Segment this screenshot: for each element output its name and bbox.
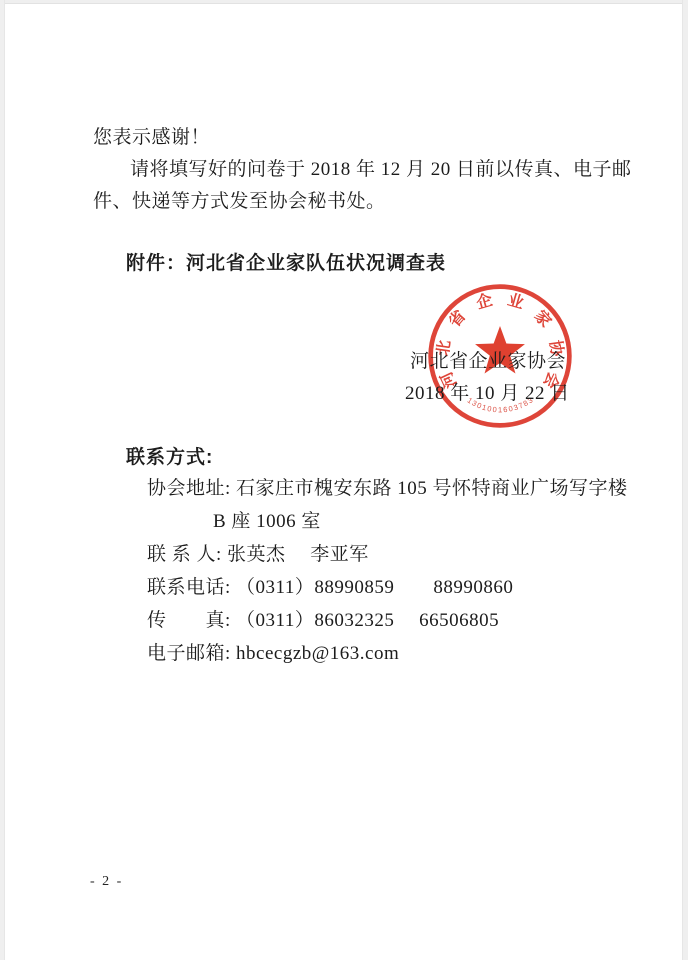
contact-address-line2: B 座 1006 室	[213, 511, 321, 534]
contact-heading: 联系方式:	[126, 447, 213, 470]
contact-fax: 传 真: （0311）86032325 66506805	[147, 610, 499, 633]
seal-arc-char: 企	[474, 290, 495, 313]
seal-arc-char: 业	[505, 291, 525, 313]
contact-address-line1: 协会地址: 石家庄市槐安东路 105 号怀特商业广场写字楼	[147, 478, 628, 501]
viewer-frame-top	[0, 0, 688, 4]
viewer-frame-right	[682, 0, 688, 960]
document-page: 您表示感谢！ 请将填写好的问卷于 2018 年 12 月 20 日前以传真、电子…	[0, 0, 688, 960]
signoff-date: 2018 年 10 月 22 日	[405, 383, 570, 406]
paragraph-line-1: 您表示感谢！	[93, 127, 210, 150]
contact-persons: 联 系 人: 张英杰 李亚军	[147, 544, 369, 567]
paragraph-line-3: 件、快递等方式发至协会秘书处。	[93, 191, 386, 214]
page-number: - 2 -	[90, 874, 123, 890]
attachment-line: 附件：河北省企业家队伍状况调查表	[126, 253, 446, 276]
viewer-frame-left	[0, 0, 5, 960]
signoff-org: 河北省企业家协会	[410, 351, 566, 374]
contact-email: 电子邮箱: hbcecgzb@163.com	[147, 643, 399, 666]
paragraph-line-2: 请将填写好的问卷于 2018 年 12 月 20 日前以传真、电子邮	[130, 159, 632, 182]
contact-phone: 联系电话: （0311）88990859 88990860	[147, 577, 513, 600]
